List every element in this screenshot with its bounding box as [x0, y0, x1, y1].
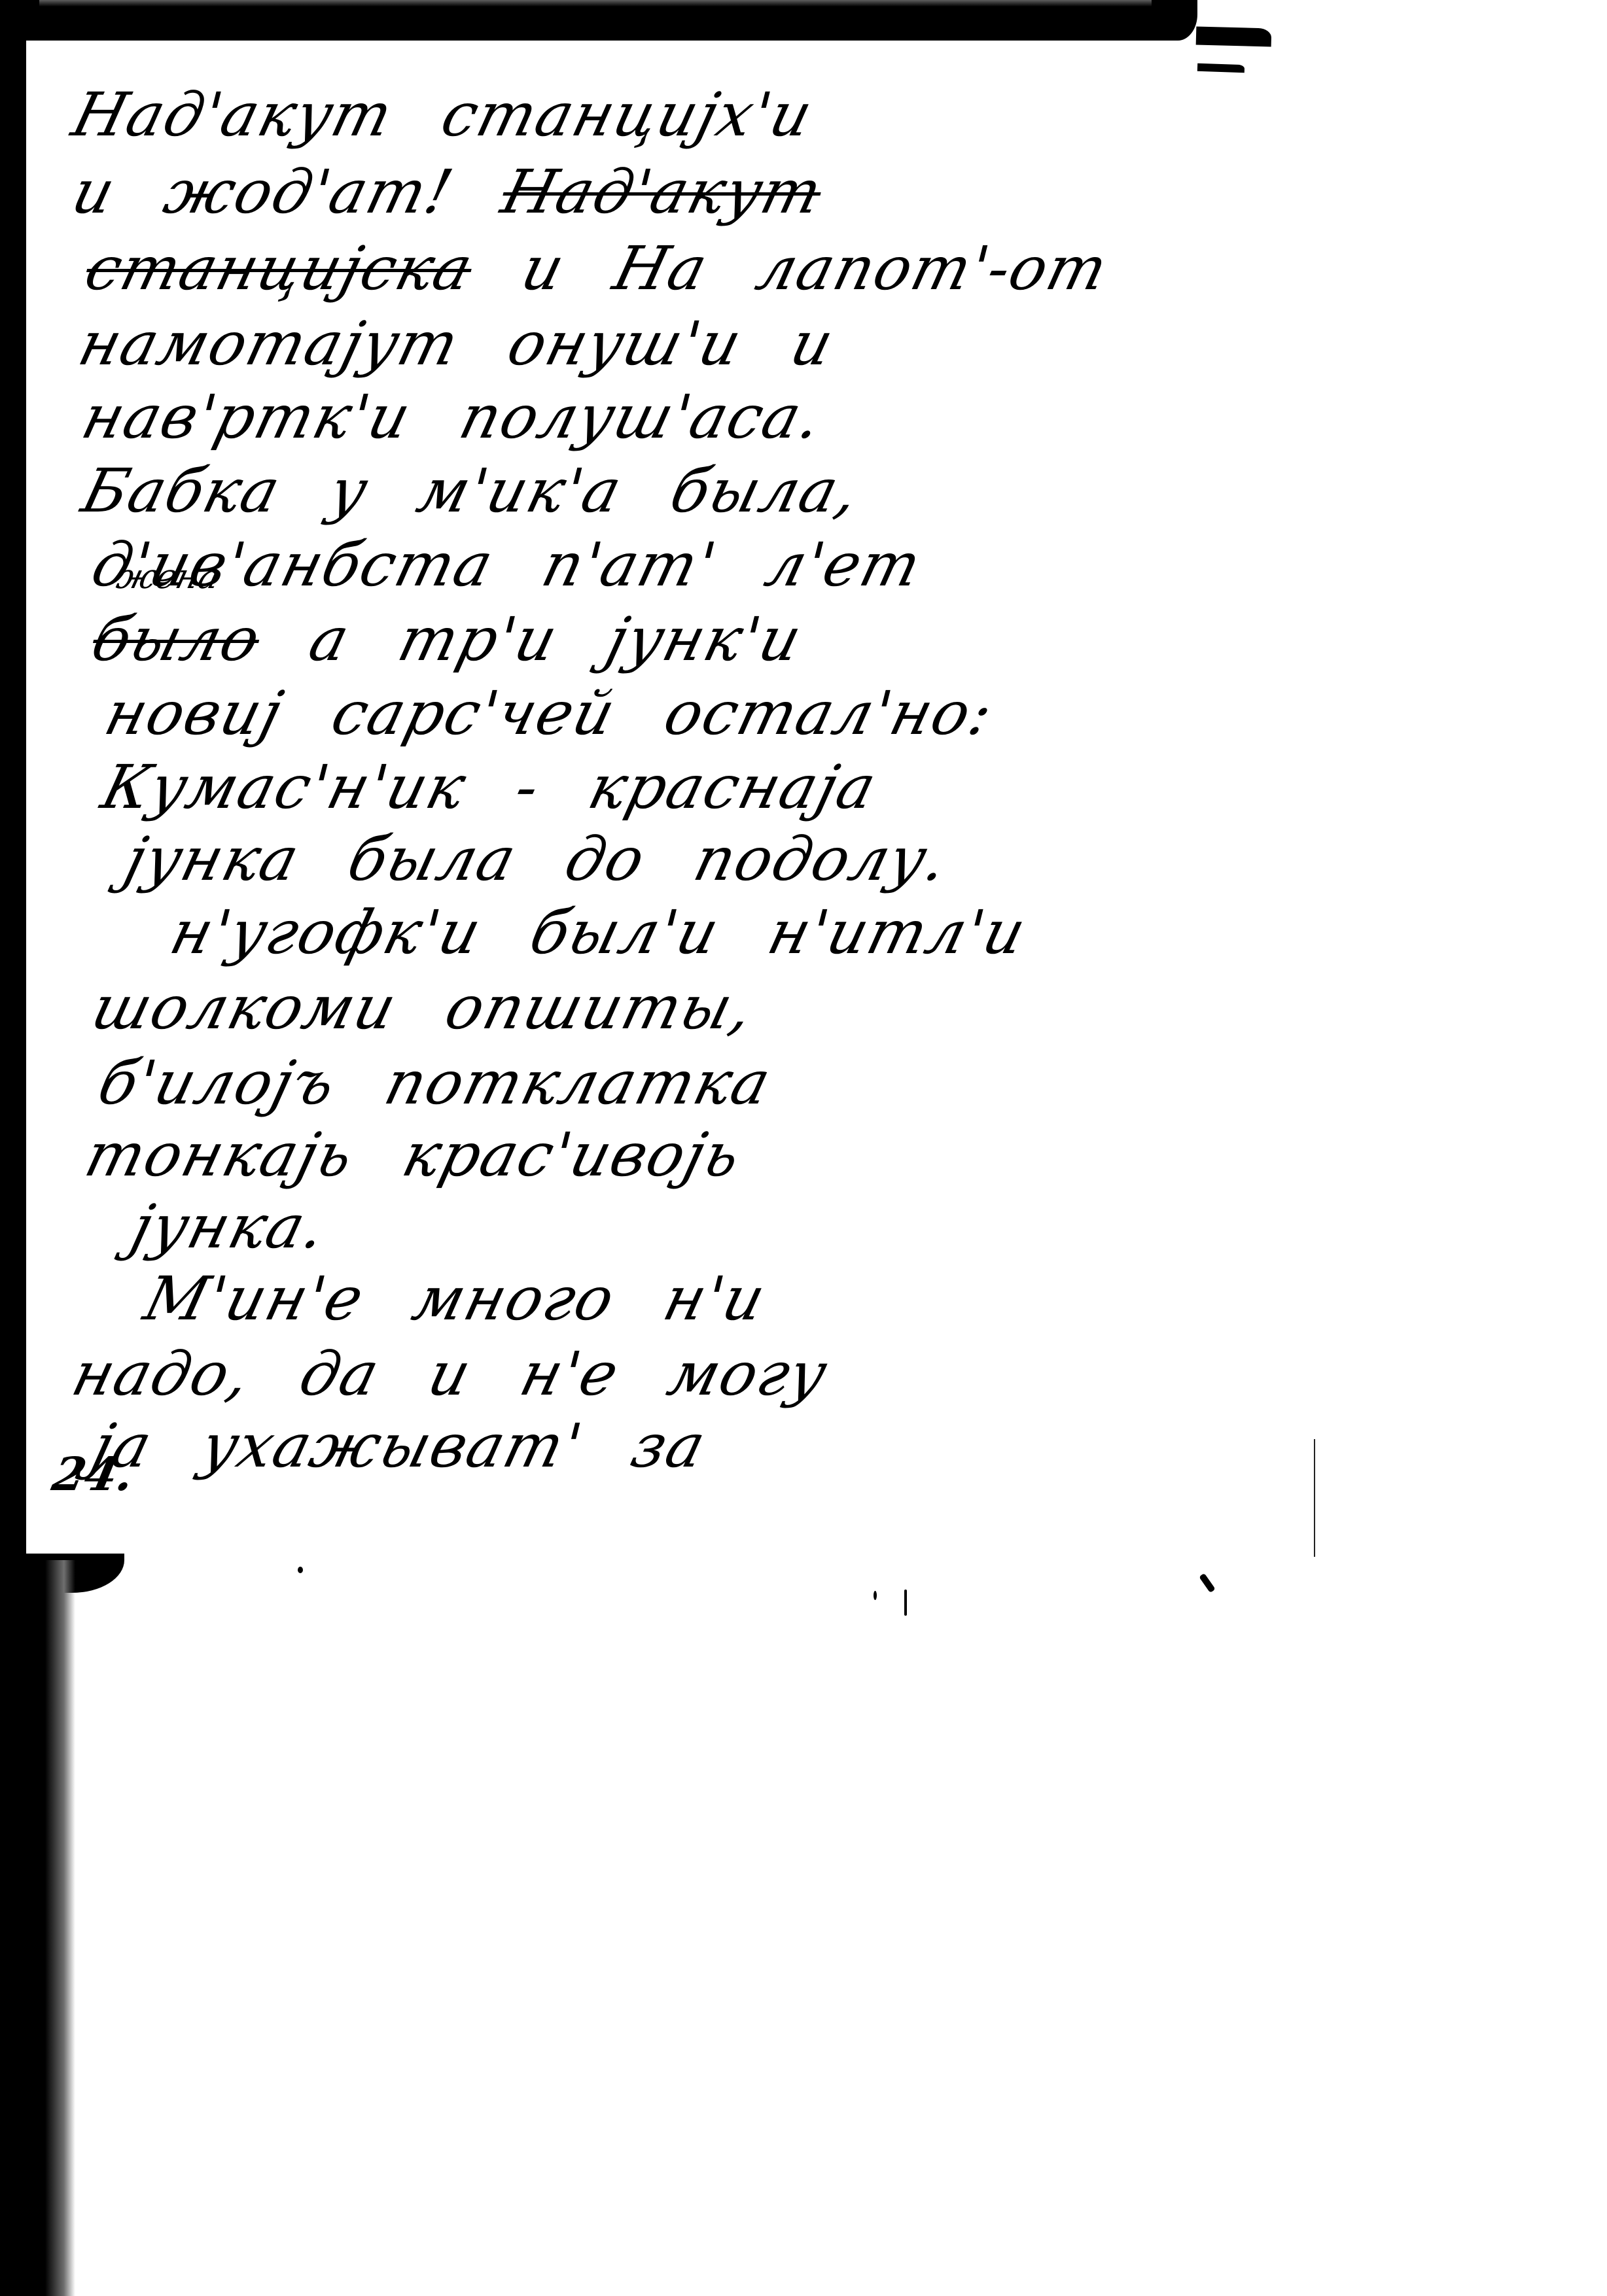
manuscript-line-9: новиј сарс'чей остал'но:	[98, 678, 1032, 748]
manuscript-line-15: тонкајь крас'ивојь	[79, 1120, 780, 1190]
scan-top-highlight	[39, 0, 1152, 7]
word: до	[558, 824, 652, 894]
word: подолу.	[687, 824, 955, 894]
word: н'угофк'и	[164, 897, 489, 967]
struck-word: Над'акут	[495, 157, 830, 227]
word: надо,	[65, 1339, 258, 1409]
word: сарс'чей	[325, 678, 624, 748]
word: м'ик'а	[410, 456, 629, 526]
word: могу	[661, 1339, 835, 1409]
speck	[904, 1590, 907, 1616]
word: јунка.	[124, 1192, 334, 1262]
word: был'и	[523, 897, 727, 967]
word: Бабка	[75, 456, 288, 526]
word: полуш'аса.	[453, 382, 830, 452]
word: Кумас'н'ик	[95, 752, 474, 822]
word: п'ат'	[535, 530, 724, 600]
word: много	[406, 1264, 622, 1334]
scan-lower-left-shadow	[0, 1560, 75, 2296]
manuscript-line-18: надо, да и н'е могу	[65, 1339, 866, 1409]
word: у	[323, 456, 376, 526]
manuscript-line-6: Бабка у м'ик'а была,	[75, 456, 898, 526]
manuscript-line-5: нав'ртк'и полуш'аса.	[75, 382, 861, 452]
speck	[1199, 1573, 1215, 1593]
word: потклатка	[378, 1048, 779, 1118]
word: и	[65, 157, 123, 227]
struck-word: было	[85, 604, 268, 674]
word: была,	[663, 456, 866, 526]
word: краснаја	[582, 752, 884, 822]
manuscript-line-10: Кумас'н'ик - краснаја	[95, 752, 915, 822]
word: јунк'и	[599, 604, 809, 674]
manuscript-line-16: јунка.	[124, 1192, 365, 1262]
word: а	[302, 604, 357, 674]
word: ухажыват'	[194, 1411, 590, 1481]
word: н'итл'и	[761, 897, 1033, 967]
word: жод'ат!	[158, 157, 461, 227]
scan-left-border	[0, 0, 26, 1560]
word: Над'акут	[65, 80, 400, 150]
word: и	[515, 234, 573, 304]
word: На	[607, 234, 715, 304]
word: станцијх'и	[434, 80, 820, 150]
manuscript-line-12: н'угофк'и был'и н'итл'и	[164, 897, 1065, 967]
word: тр'и	[391, 604, 565, 674]
word: опшиты,	[438, 973, 761, 1043]
word: новиј	[98, 678, 291, 748]
word: была	[342, 824, 524, 894]
word: и	[784, 309, 841, 379]
word: и	[421, 1339, 479, 1409]
word: да	[293, 1339, 387, 1409]
word: намотајут	[72, 309, 467, 379]
manuscript-line-11: јунка была до подолу.	[118, 824, 987, 894]
page-number: 24.	[48, 1447, 139, 1501]
word: остал'но:	[658, 678, 1001, 748]
manuscript-line-13: шолкоми опшиты,	[85, 973, 792, 1043]
word: б'илојъ	[92, 1048, 344, 1118]
manuscript-line-19: ја ухажыват' за	[85, 1411, 745, 1481]
speck	[874, 1591, 877, 1600]
manuscript-page: Над'акут станцијх'и и жод'ат! Над'акут с…	[26, 41, 1315, 1560]
inserted-word-above: жена	[113, 557, 224, 597]
word: онуш'и	[501, 309, 750, 379]
word: за	[624, 1411, 713, 1481]
word: јунка	[118, 824, 307, 894]
word: н'и	[657, 1264, 773, 1334]
word: тонкајь	[79, 1120, 361, 1190]
struck-word: станцијска	[79, 234, 480, 304]
word: лапот'-от	[750, 234, 1116, 304]
word: нав'ртк'и	[75, 382, 419, 452]
manuscript-line-17: М'ин'е много н'и	[137, 1264, 805, 1334]
manuscript-line-2: и жод'ат! Над'акут	[65, 157, 861, 227]
word: крас'ивојь	[396, 1120, 749, 1190]
word: шолкоми	[85, 973, 404, 1043]
manuscript-line-4: намотајут онуш'и и	[72, 309, 873, 379]
manuscript-line-1: Над'акут станцијх'и	[65, 80, 852, 150]
speck	[298, 1567, 303, 1573]
manuscript-line-14: б'илојъ потклатка	[92, 1048, 810, 1118]
manuscript-line-3: станцијска и На лапот'-от	[79, 234, 1147, 304]
word: М'ин'е	[137, 1264, 372, 1334]
manuscript-line-8: было а тр'и јунк'и	[85, 604, 841, 674]
word: н'е	[514, 1339, 627, 1409]
word: -	[508, 752, 548, 822]
word: л'ет	[758, 530, 928, 600]
